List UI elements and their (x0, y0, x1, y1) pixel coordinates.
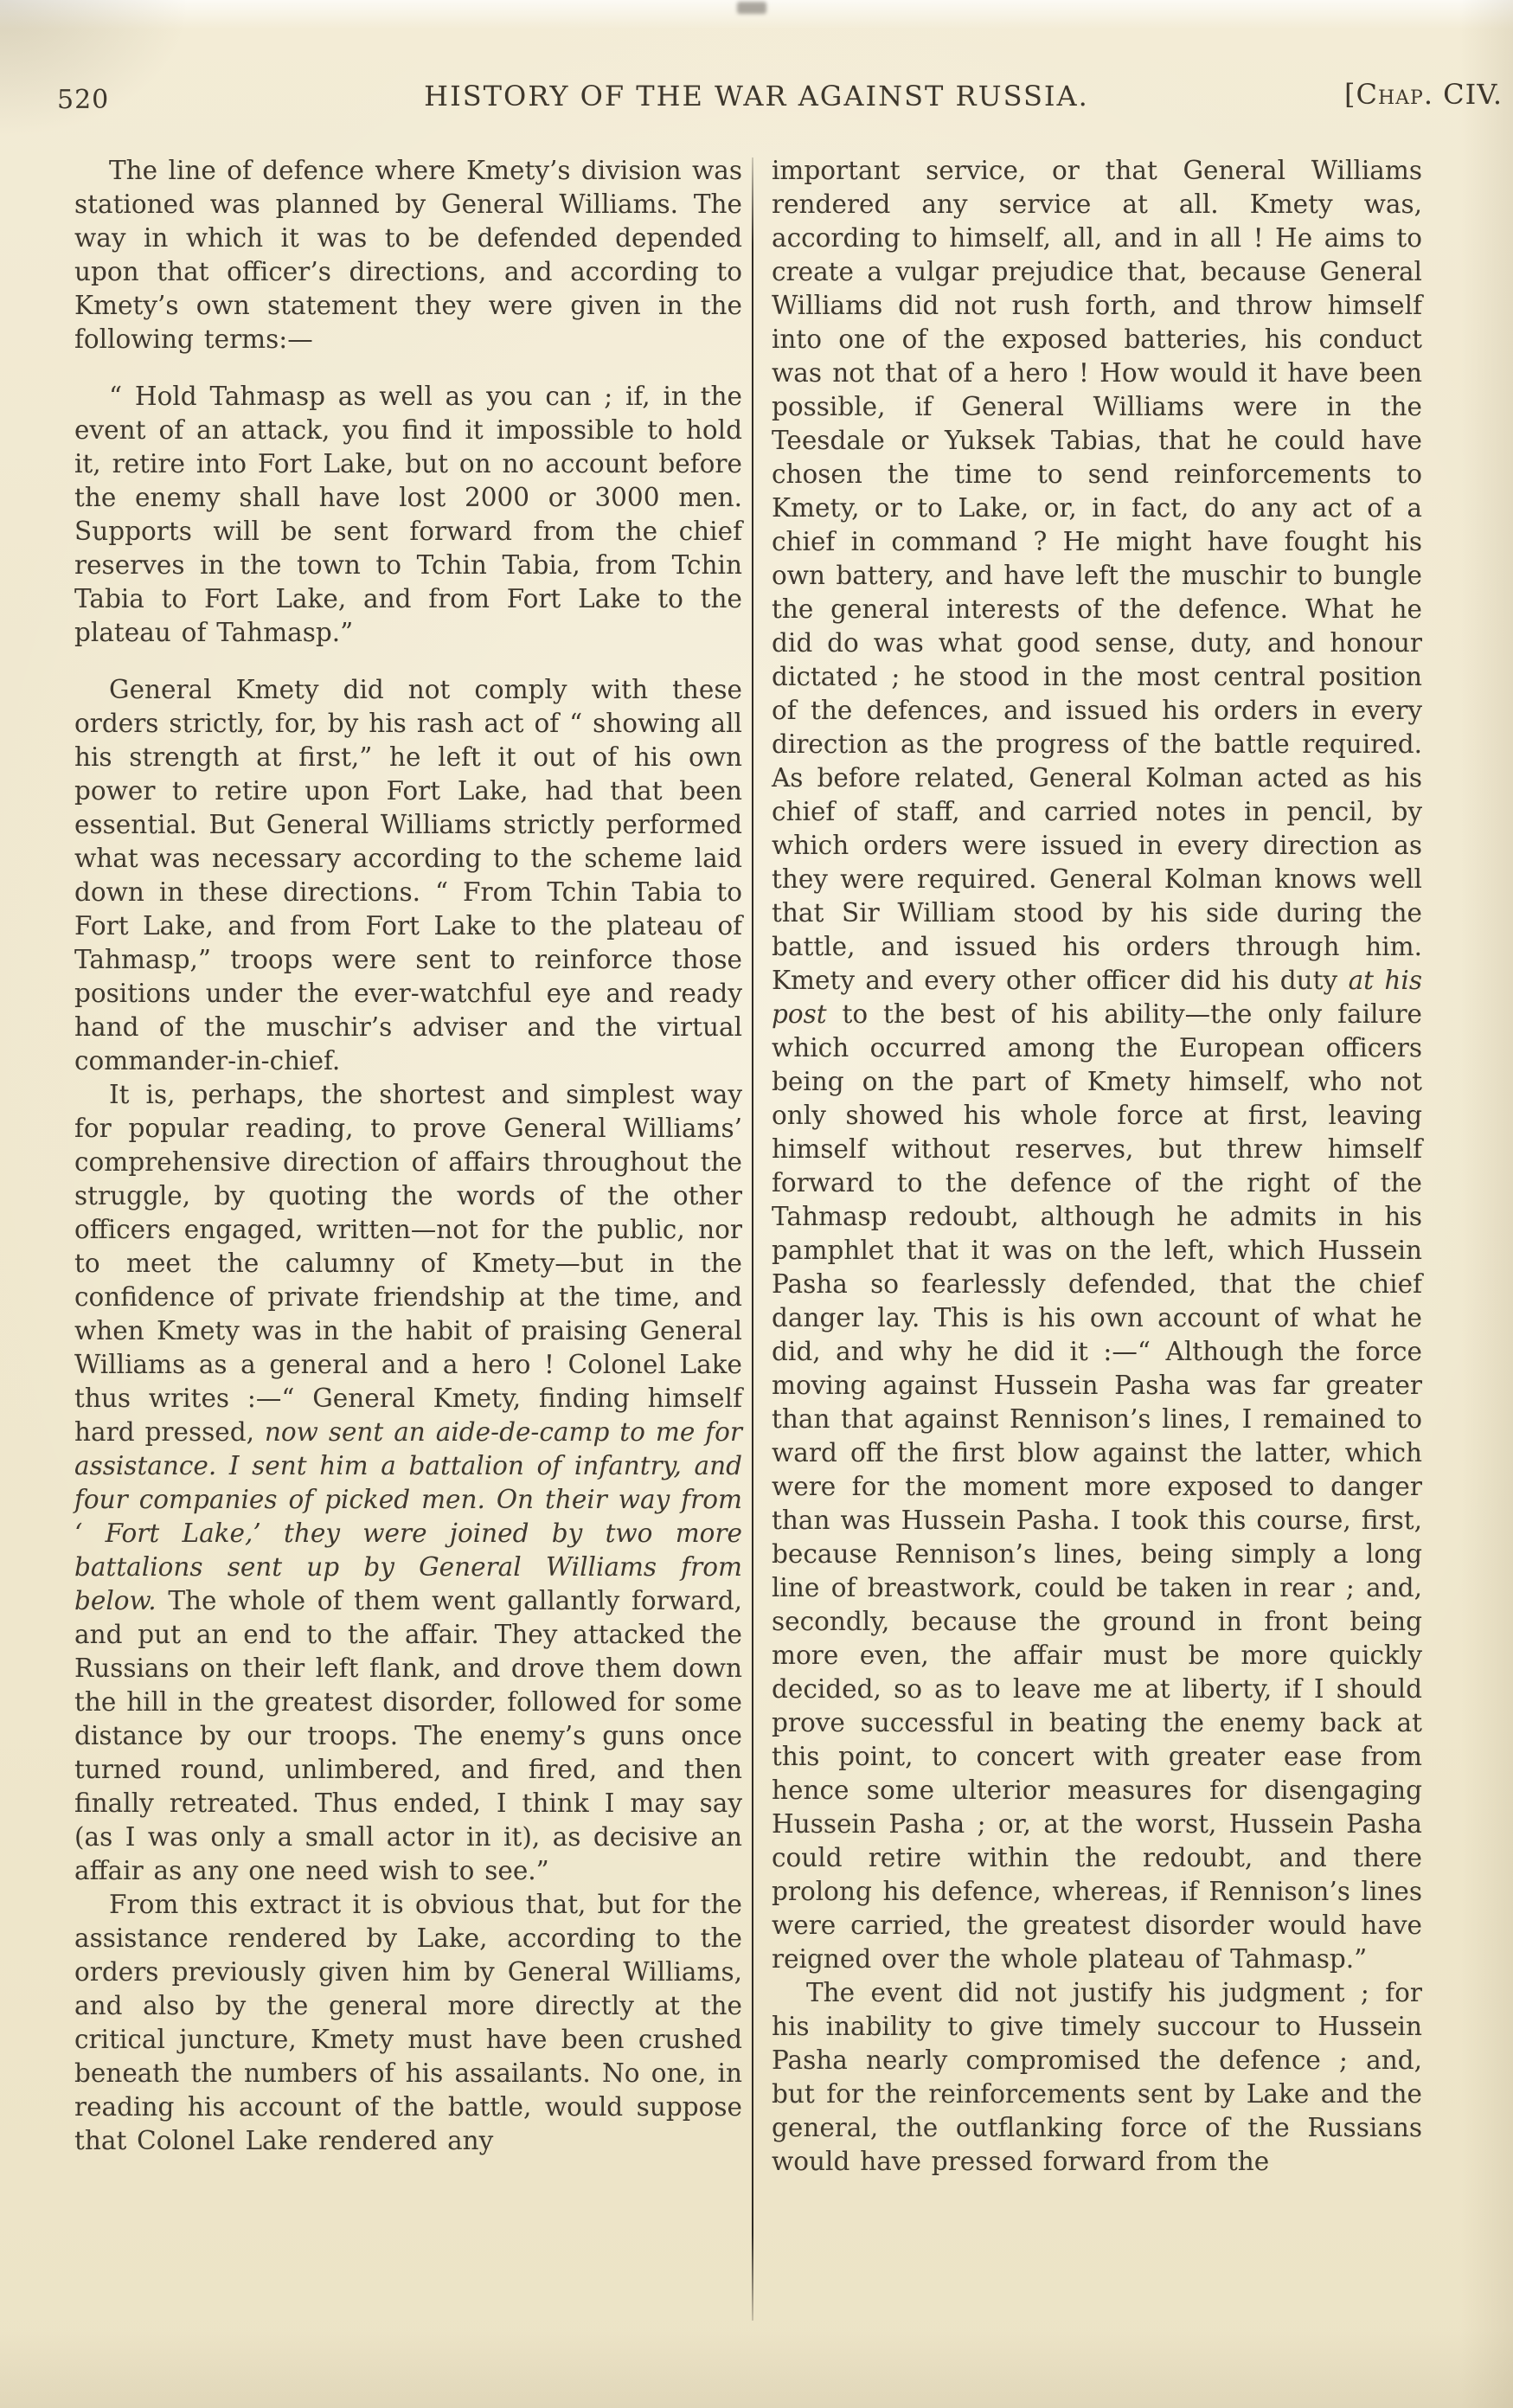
text-segment: From this extract it is obvious that, bu… (74, 1890, 742, 2155)
left-text-column: The line of defence where Kmety’s divisi… (74, 154, 742, 2158)
paragraph: It is, perhaps, the shortest and simples… (74, 1078, 742, 1888)
right-text-column: important service, or that General Willi… (772, 154, 1422, 2179)
chapter-marker: [Chap. CIV. (1344, 78, 1503, 111)
text-segment: “ Hold Tahmasp as well as you can ; if, … (74, 382, 742, 647)
scanned-book-page: 520 HISTORY OF THE WAR AGAINST RUSSIA. [… (0, 0, 1513, 2408)
text-segment: The line of defence where Kmety’s divisi… (74, 156, 742, 354)
text-segment: to the best of his ability—the only fail… (772, 999, 1422, 1974)
running-title: HISTORY OF THE WAR AGAINST RUSSIA. (0, 80, 1513, 112)
paragraph: The line of defence where Kmety’s divisi… (74, 154, 742, 356)
paragraph: From this extract it is obvious that, bu… (74, 1888, 742, 2158)
scan-artifact-bottom-shade (0, 2330, 1513, 2408)
text-segment: The whole of them went gallantly forward… (74, 1586, 742, 1885)
paragraph: important service, or that General Willi… (772, 154, 1422, 1976)
paragraph: General Kmety did not comply with these … (74, 673, 742, 1078)
text-segment: General Kmety did not comply with these … (74, 675, 742, 1076)
paragraph: The event did not justify his judgment ;… (772, 1976, 1422, 2179)
paragraph: “ Hold Tahmasp as well as you can ; if, … (74, 380, 742, 650)
text-segment: important service, or that General Willi… (772, 156, 1422, 995)
page-header: 520 HISTORY OF THE WAR AGAINST RUSSIA. [… (0, 80, 1513, 121)
scan-artifact-right-shade (1461, 0, 1513, 2408)
text-segment: It is, perhaps, the shortest and simples… (74, 1080, 742, 1447)
text-segment: The event did not justify his judgment ;… (772, 1978, 1422, 2176)
column-divider-rule (752, 157, 753, 2321)
scan-artifact-smudge (737, 2, 766, 14)
